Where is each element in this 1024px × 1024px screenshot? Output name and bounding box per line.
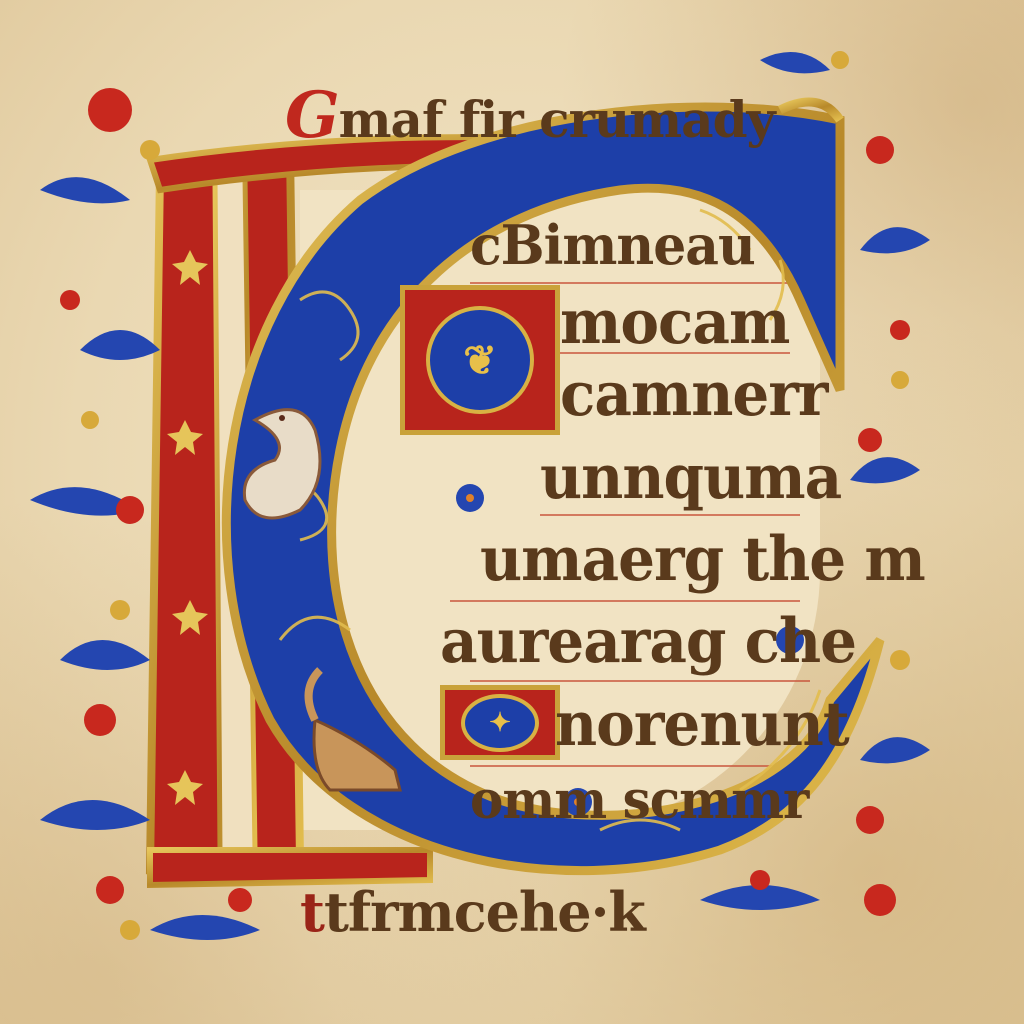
illumination-artwork [0,0,1024,1024]
foliage-border-left [30,88,160,940]
manuscript-page: ❦ ✦ Gmaf fir crumady cBimneau mocam camn… [0,0,1024,1024]
footer-line: ttfrmcehe·k [300,880,645,944]
text-line-6: aurearag che [440,611,856,672]
text-line-8: omm scmmr [470,774,808,827]
heading-line: Gmaf fir crumady [285,78,775,153]
small-initial-bird: ❦ [400,285,560,435]
text-line-7: norenunt [555,694,849,755]
text-line-5: umaerg the m [480,529,925,590]
text-line-2: mocam [560,292,789,353]
text-line-3: camnerr [560,364,827,425]
text-line-1: cBimneau [470,219,755,274]
small-initial-lion: ✦ [440,685,560,760]
text-line-4: unnquma [540,447,841,508]
